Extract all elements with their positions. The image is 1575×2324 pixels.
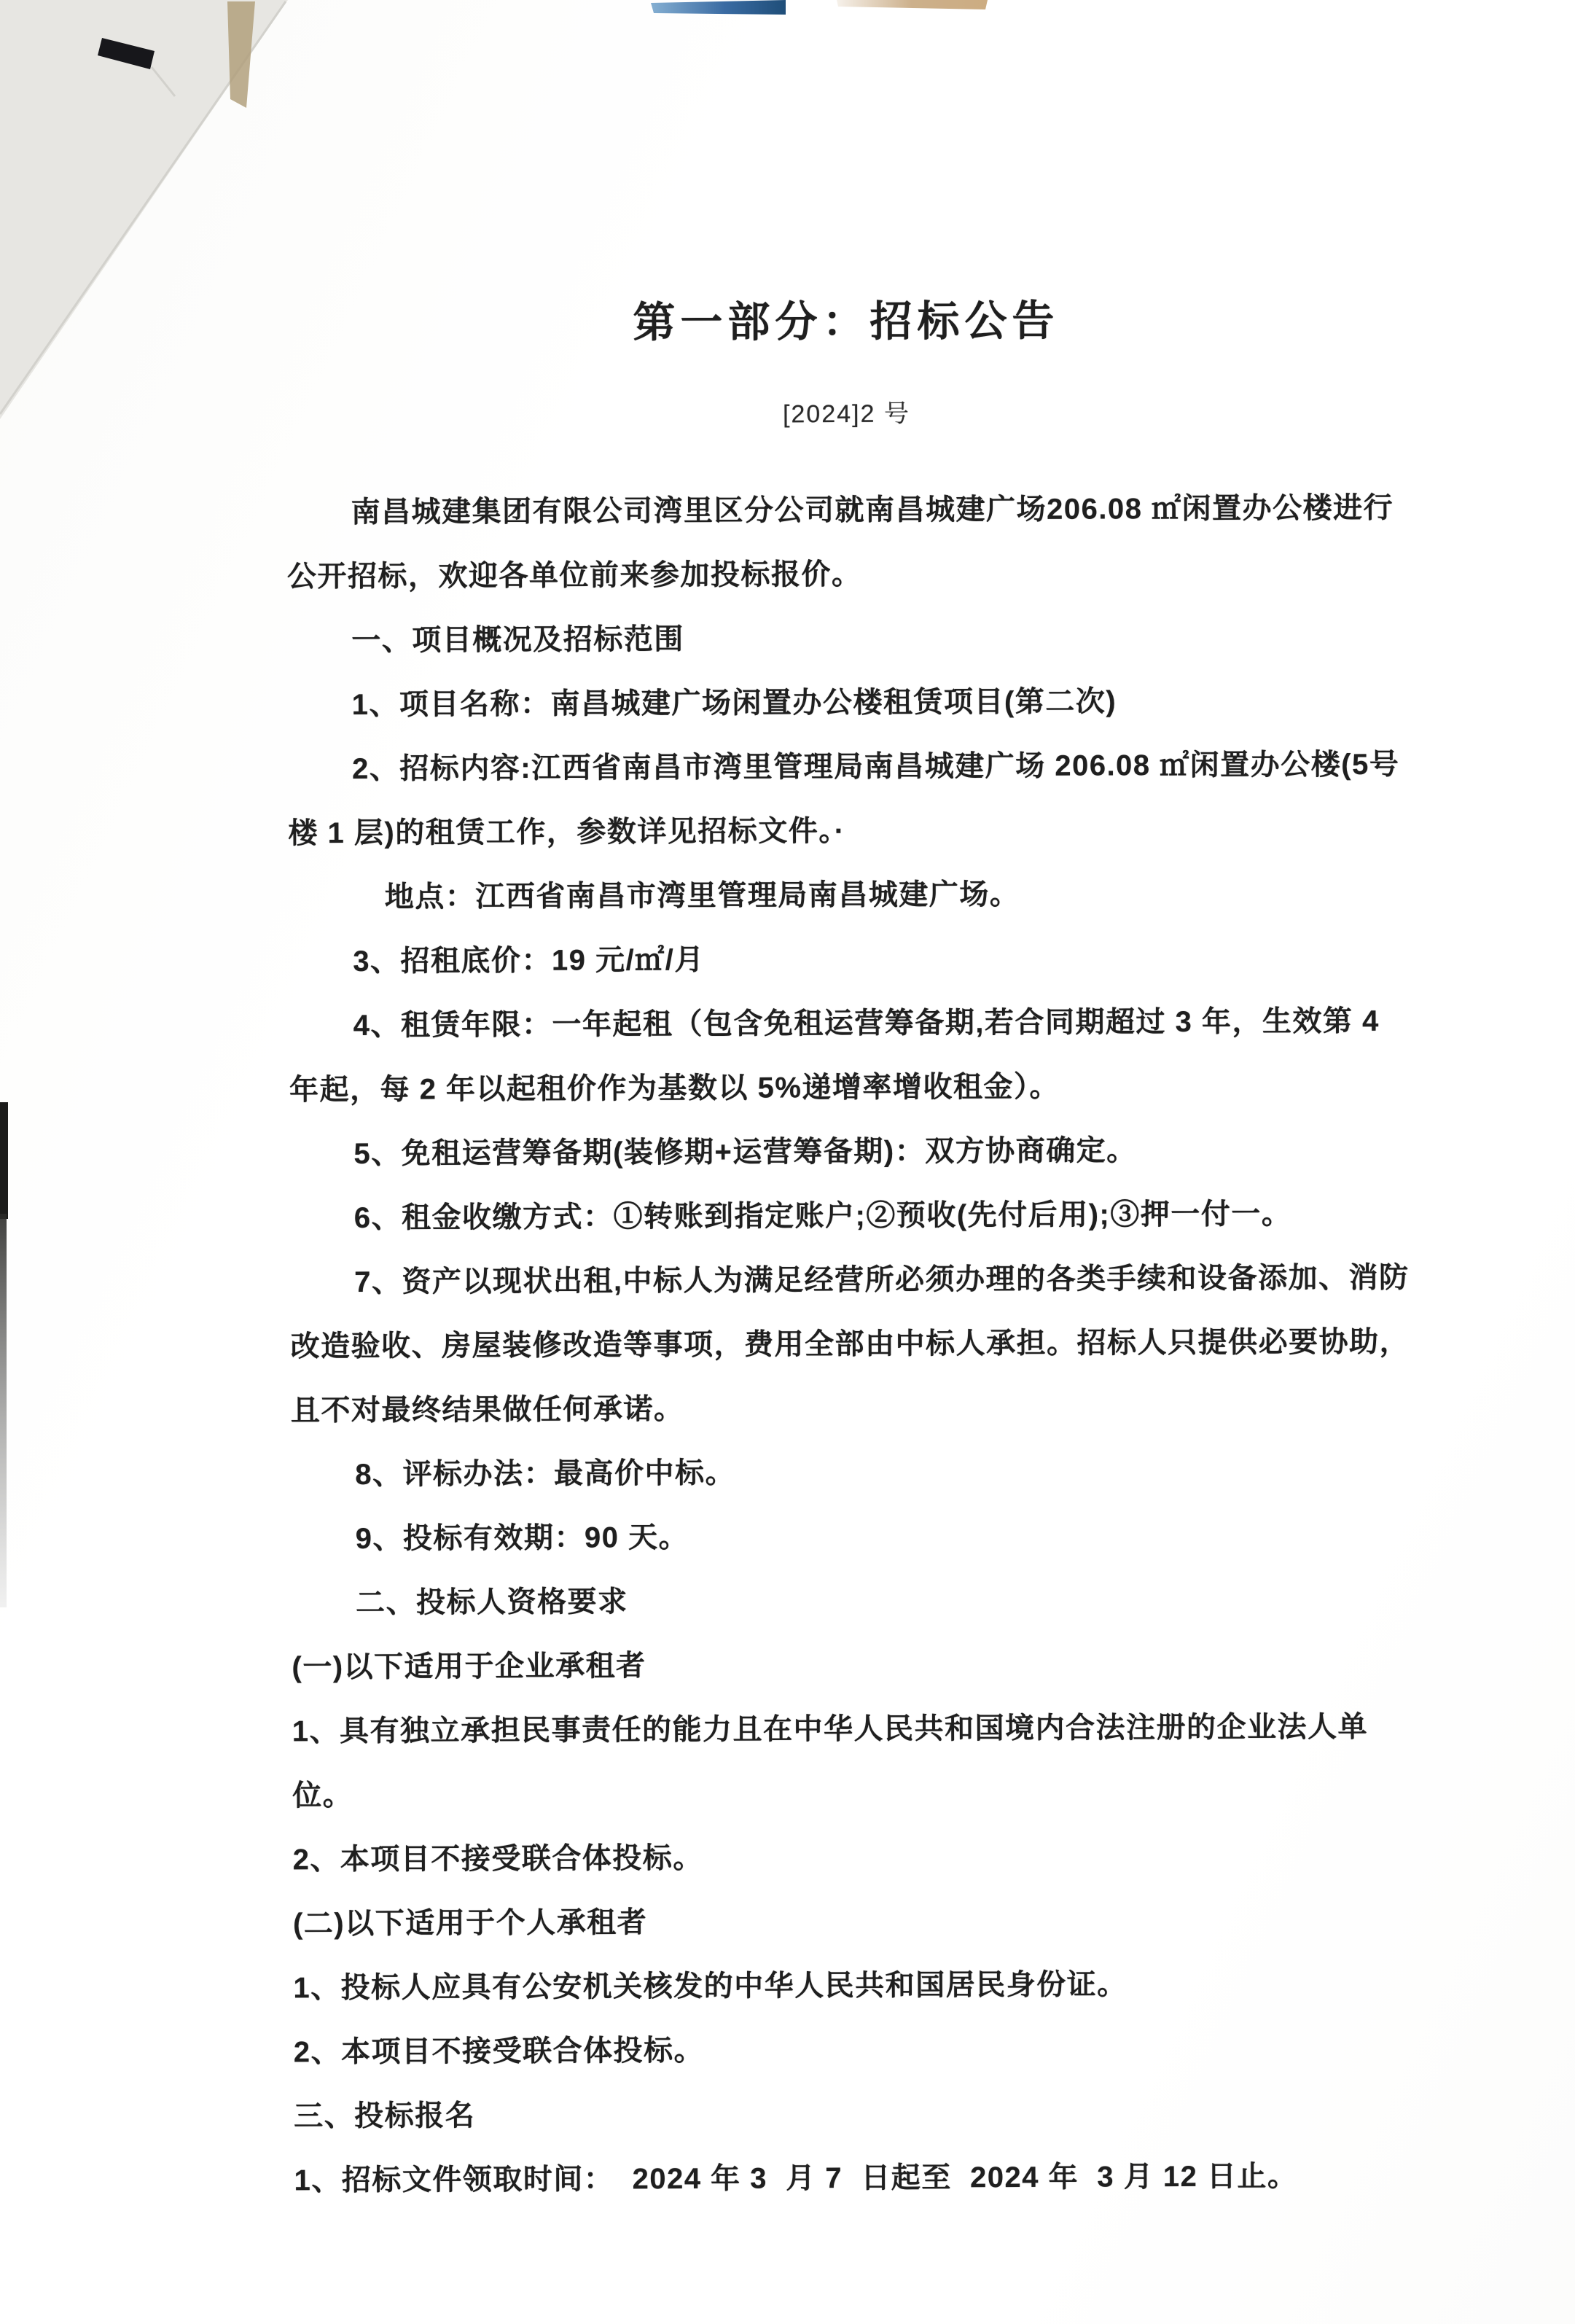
item-payment-method: 6、租金收缴方式：①转账到指定账户;②预收(先付后用);③押一付一。 — [290, 1182, 1410, 1251]
intro-paragraph: 南昌城建集团有限公司湾里区分公司就南昌城建广场206.08 ㎡闲置办公楼进行公开… — [286, 476, 1407, 609]
section-1-heading: 一、项目概况及招标范围 — [287, 604, 1407, 674]
individual-req-2: 2、本项目不接受联合体投标。 — [294, 2016, 1414, 2085]
sub-heading-enterprise: (一)以下适用于企业承租者 — [292, 1631, 1412, 1700]
item-evaluation-method: 8、评标办法：最高价中标。 — [291, 1438, 1411, 1508]
item-asset-condition: 7、资产以现状出租,中标人为满足经营所必须办理的各类手续和设备添加、消防改造验收… — [290, 1246, 1411, 1443]
item-document-collection-time: 1、招标文件领取时间： 2024 年 3 月 7 日起至 2024 年 3 月 … — [294, 2144, 1414, 2213]
individual-req-1: 1、投标人应具有公安机关核发的中华人民共和国居民身份证。 — [293, 1951, 1413, 2021]
item-base-price: 3、招租底价：19 元/㎡/月 — [289, 925, 1409, 994]
left-edge-dark-strip — [0, 1102, 8, 1219]
item-tender-content: 2、招标内容:江西省南昌市湾里管理局南昌城建广场 206.08 ㎡闲置办公楼(5… — [288, 733, 1409, 866]
item-project-name: 1、项目名称：南昌城建广场闲置办公楼租赁项目(第二次) — [288, 668, 1408, 738]
document-body: 第一部分：招标公告 [2024]2 号 南昌城建集团有限公司湾里区分公司就南昌城… — [286, 291, 1414, 2213]
document-number: [2024]2 号 — [286, 396, 1407, 433]
paper-edge-line — [0, 1, 286, 414]
section-2-heading: 二、投标人资格要求 — [292, 1567, 1412, 1636]
item-bid-validity: 9、投标有效期：90 天。 — [292, 1502, 1412, 1572]
tan-strip-artifact — [837, 0, 988, 9]
left-edge-dark-strip-fade — [0, 1214, 7, 1607]
item-lease-term: 4、租赁年限：一年起租（包含免租运营筹备期,若合同期超过 3 年，生效第 4 年… — [289, 989, 1410, 1123]
desk-corner-shadow — [0, 0, 288, 419]
tan-sliver-artifact — [227, 1, 255, 108]
blue-strip-artifact — [651, 0, 786, 15]
paper-fold-line — [152, 67, 175, 96]
item-rent-free-period: 5、免租运营筹备期(装修期+运营筹备期)：双方协商确定。 — [289, 1118, 1410, 1187]
sub-heading-individual: (二)以下适用于个人承租者 — [293, 1887, 1413, 1957]
enterprise-req-2: 2、本项目不接受联合体投标。 — [292, 1823, 1412, 1892]
section-3-heading: 三、投标报名 — [294, 2080, 1414, 2149]
black-stripe-artifact — [98, 38, 155, 69]
enterprise-req-1: 1、具有独立承担民事责任的能力且在中华人民共和国境内合法注册的企业法人单位。 — [292, 1695, 1413, 1828]
scanned-page: 第一部分：招标公告 [2024]2 号 南昌城建集团有限公司湾里区分公司就南昌城… — [0, 0, 1575, 2324]
page-title: 第一部分：招标公告 — [286, 291, 1406, 354]
item-location: 地点：江西省南昌市湾里管理局南昌城建广场。 — [289, 861, 1409, 930]
